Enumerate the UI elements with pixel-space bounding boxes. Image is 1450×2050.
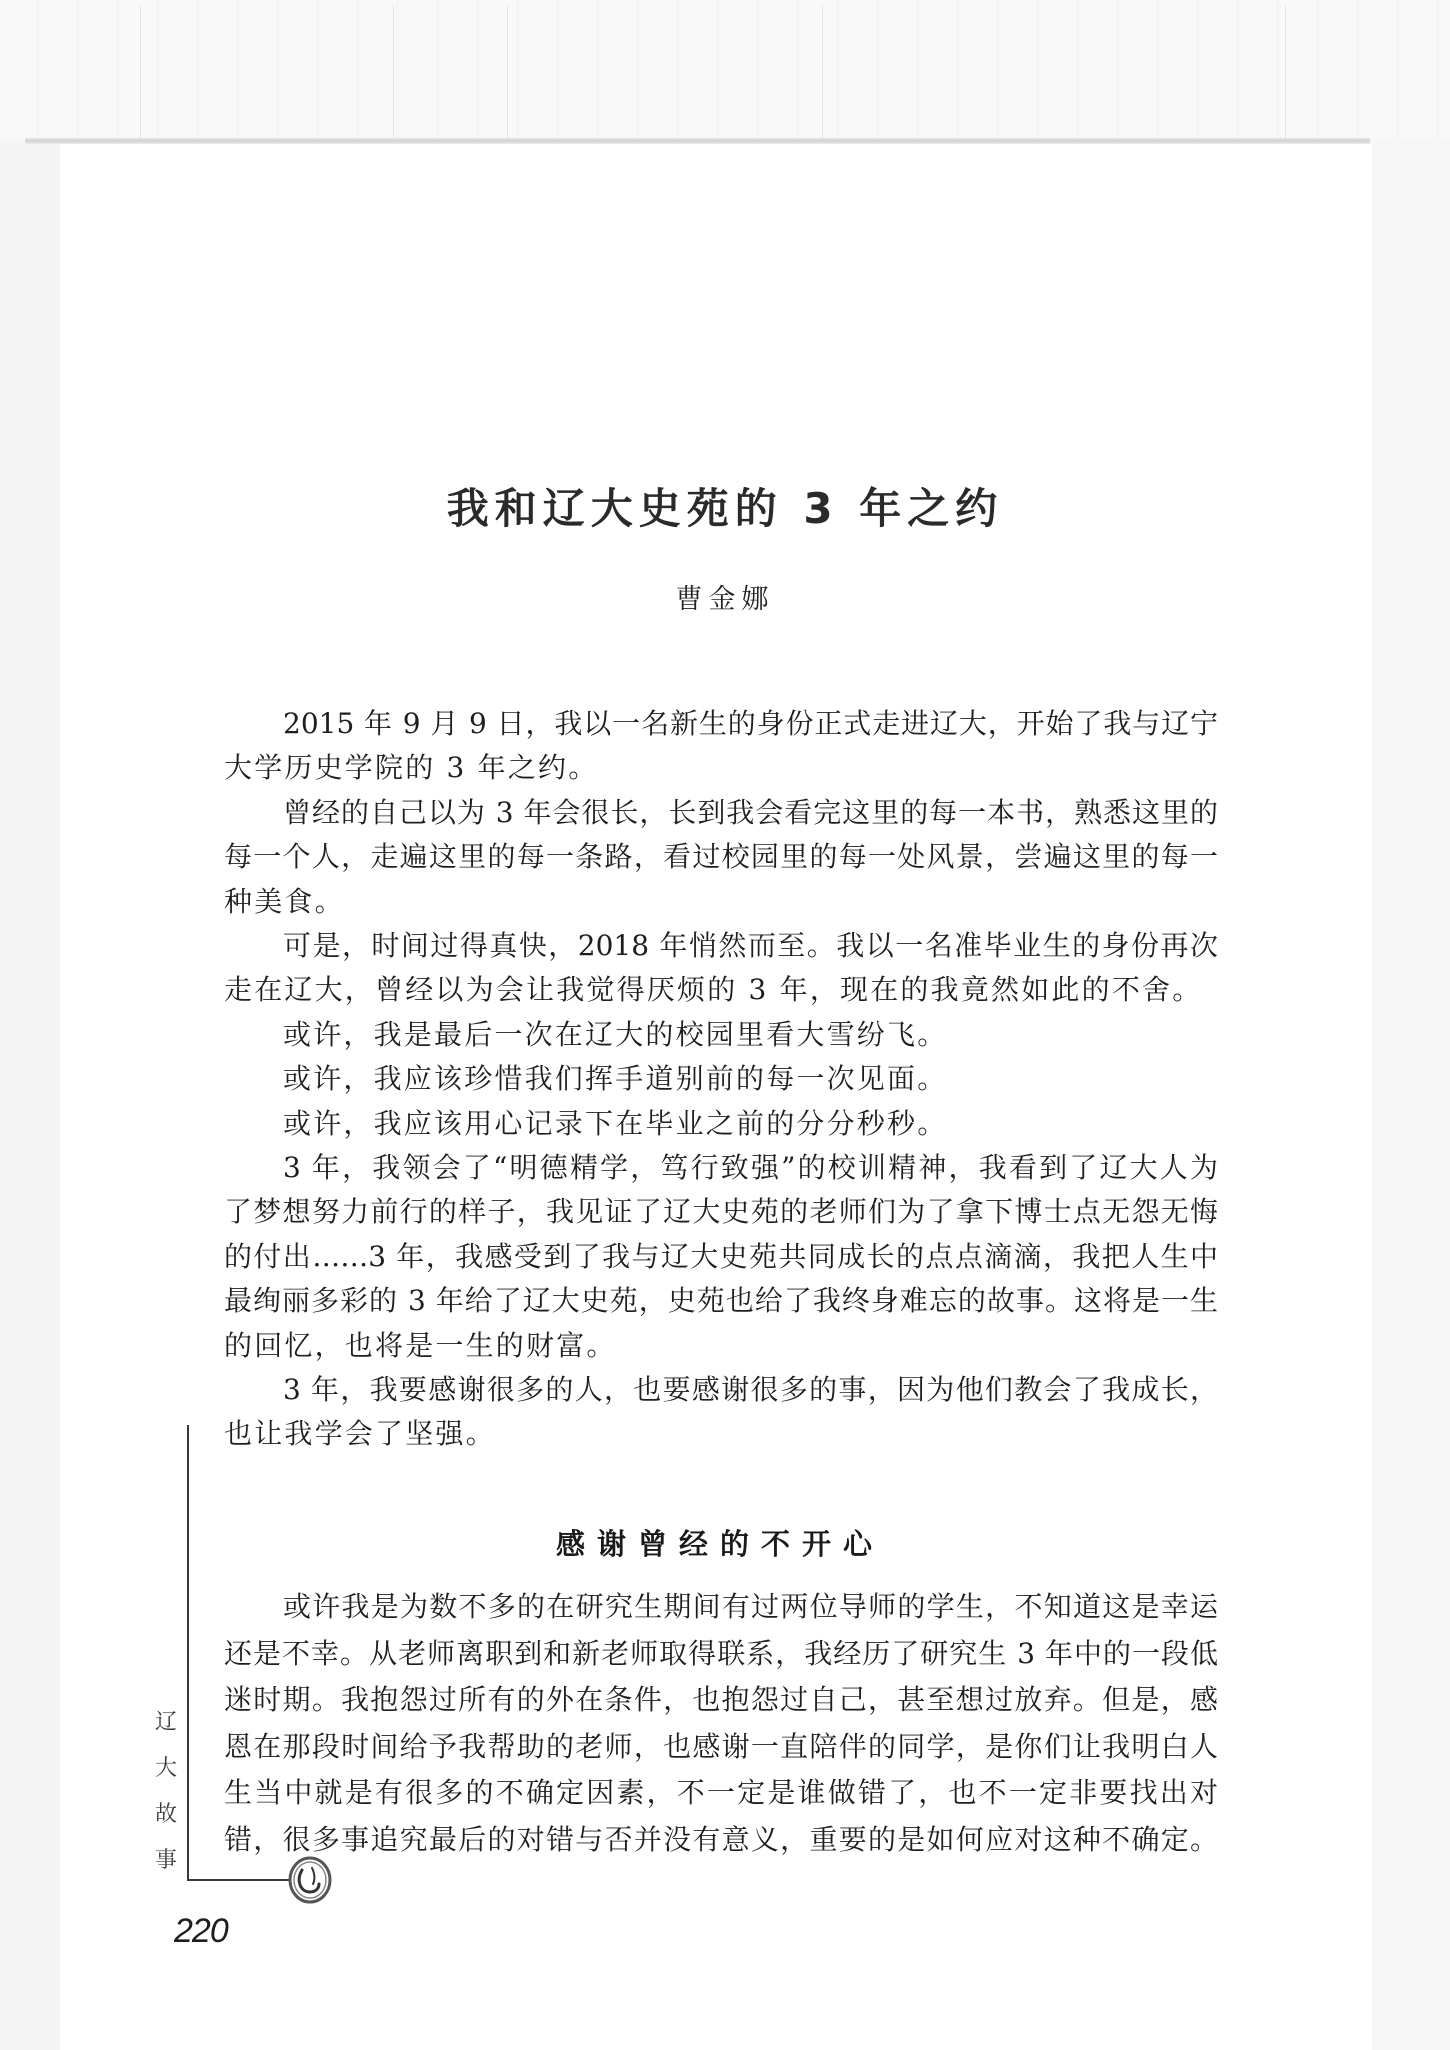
paragraph-line: 了梦想努力前行的样子，我见证了辽大史苑的老师们为了拿下博士点无怨无悔 <box>224 1195 1218 1229</box>
paragraph-line: 3 年，我要感谢很多的人，也要感谢很多的事，因为他们教会了我成长， <box>283 1373 1218 1407</box>
running-side-label: 辽 大 故 事 <box>151 1700 181 1884</box>
side-label-char: 大 <box>151 1746 181 1792</box>
side-label-char: 辽 <box>151 1700 181 1746</box>
section-heading: 感谢曾经的不开心 <box>0 1522 1440 1563</box>
margin-rule-horizontal <box>187 1879 290 1881</box>
paragraph-line: 的回忆，也将是一生的财富。 <box>224 1329 1218 1363</box>
page-number: 220 <box>174 1912 228 1951</box>
scan-artifact <box>140 6 141 146</box>
paragraph-line: 曾经的自己以为 3 年会很长，长到我会看完这里的每一本书，熟悉这里的 <box>283 796 1218 830</box>
paragraph-line: 也让我学会了坚强。 <box>224 1417 1218 1451</box>
paragraph-line: 种美食。 <box>224 885 1218 919</box>
paragraph-line: 还是不幸。从老师离职到和新老师取得联系，我经历了研究生 3 年中的一段低 <box>224 1637 1218 1671</box>
paragraph-line: 或许，我应该用心记录下在毕业之前的分分秒秒。 <box>283 1107 1218 1141</box>
paragraph-line: 3 年，我领会了“明德精学，笃行致强”的校训精神，我看到了辽大人为 <box>283 1151 1218 1185</box>
paragraph-line: 生当中就是有很多的不确定因素，不一定是谁做错了，也不一定非要找出对 <box>224 1776 1218 1810</box>
scan-background-top <box>0 0 1450 140</box>
paragraph-line: 迷时期。我抱怨过所有的外在条件，也抱怨过自己，甚至想过放弃。但是，感 <box>224 1683 1218 1717</box>
circle-swirl-icon <box>288 1856 332 1904</box>
scan-artifact <box>507 6 508 146</box>
paragraph-line: 的付出……3 年，我感受到了我与辽大史苑共同成长的点点滴滴，我把人生中 <box>224 1240 1218 1274</box>
article-title: 我和辽大史苑的 3 年之约 <box>0 476 1450 536</box>
article-author: 曹金娜 <box>0 577 1450 616</box>
paragraph-line: 最绚丽多彩的 3 年给了辽大史苑，史苑也给了我终身难忘的故事。这将是一生 <box>224 1284 1218 1318</box>
paragraph-line: 大学历史学院的 3 年之约。 <box>224 751 1218 785</box>
paragraph-line: 可是，时间过得真快，2018 年悄然而至。我以一名准毕业生的身份再次 <box>283 929 1218 963</box>
paragraph-line: 2015 年 9 月 9 日，我以一名新生的身份正式走进辽大，开始了我与辽宁 <box>283 707 1218 741</box>
paragraph-line: 错，很多事追究最后的对错与否并没有意义，重要的是如何应对这种不确定。 <box>224 1823 1218 1857</box>
paragraph-line: 或许，我是最后一次在辽大的校园里看大雪纷飞。 <box>283 1018 1218 1052</box>
margin-rule-vertical <box>187 1425 189 1881</box>
scan-artifact <box>1285 6 1286 146</box>
side-label-char: 故 <box>151 1792 181 1838</box>
scan-artifact <box>393 6 394 146</box>
paragraph-line: 或许我是为数不多的在研究生期间有过两位导师的学生，不知道这是幸运 <box>283 1590 1218 1624</box>
paragraph-line: 走在辽大，曾经以为会让我觉得厌烦的 3 年，现在的我竟然如此的不舍。 <box>224 973 1218 1007</box>
paragraph-line: 每一个人，走遍这里的每一条路，看过校园里的每一处风景，尝遍这里的每一 <box>224 840 1218 874</box>
book-page <box>60 144 1372 2050</box>
side-label-char: 事 <box>151 1838 181 1884</box>
scan-artifact <box>822 6 823 146</box>
paragraph-line: 恩在那段时间给予我帮助的老师，也感谢一直陪伴的同学，是你们让我明白人 <box>224 1730 1218 1764</box>
paragraph-line: 或许，我应该珍惜我们挥手道别前的每一次见面。 <box>283 1062 1218 1096</box>
scan-margin-left <box>0 144 60 2050</box>
